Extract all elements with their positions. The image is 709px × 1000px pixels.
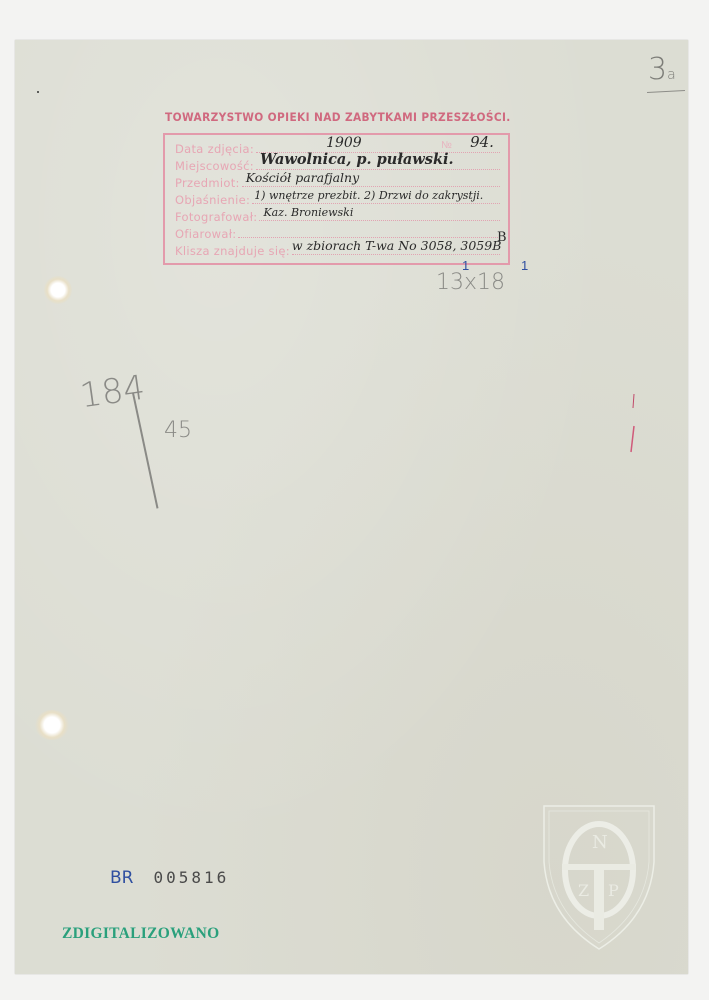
field-description: Objaśnienie: 1) wnętrze prezbit. 2) Drzw… xyxy=(175,190,500,207)
blue-mark-2: 1 xyxy=(521,258,528,273)
digitized-stamp: ZDIGITALIZOWANO xyxy=(62,925,220,943)
punch-hole-bottom xyxy=(35,710,69,740)
field-photographer: Fotografował: Kaz. Broniewski xyxy=(175,207,500,224)
field-negative-location: Klisza znajduje się: w zbiorach T-wa No … xyxy=(175,241,500,258)
punch-hole-top xyxy=(44,276,72,304)
field-value: Kościół parafjalny xyxy=(246,170,359,185)
inventory-prefix: BR xyxy=(110,868,133,888)
field-value: Kaz. Broniewski xyxy=(263,206,353,219)
field-label: Data zdjęcia: xyxy=(175,142,254,156)
field-subject: Przedmiot: Kościół parafjalny xyxy=(175,173,500,190)
field-label: Klisza znajduje się: xyxy=(175,244,290,258)
ntzp-watermark-icon: N Z P xyxy=(540,802,658,952)
field-value: 1) wnętrze prezbit. 2) Drzwi do zakrystj… xyxy=(254,189,483,202)
red-ink-marks xyxy=(628,392,636,462)
field-value: Wawolnica, p. puławski. xyxy=(260,151,454,168)
field-label: Miejscowość: xyxy=(175,159,254,173)
svg-text:N: N xyxy=(592,832,608,853)
svg-text:P: P xyxy=(608,881,619,900)
number-label: № xyxy=(441,140,452,151)
field-label: Fotografował: xyxy=(175,210,257,224)
inventory-number: BR 005816 xyxy=(110,868,229,888)
superscript-b: B xyxy=(497,230,507,245)
speck xyxy=(37,91,39,93)
pencil-number-45: 45 xyxy=(164,418,192,443)
field-label: Objaśnienie: xyxy=(175,193,250,207)
field-value: 1909 xyxy=(326,135,362,151)
field-value: w zbiorach T-wa No 3058, 3059B xyxy=(292,238,502,253)
field-label: Przedmiot: xyxy=(175,176,240,190)
number-value: 94. xyxy=(470,133,494,151)
stamp-box: Data zdjęcia: 1909 № 94. Miejscowość: Wa… xyxy=(163,133,510,265)
svg-text:Z: Z xyxy=(578,881,589,900)
corner-note: 3a xyxy=(648,52,676,87)
stamp-heading: TOWARZYSTWO OPIEKI NAD ZABYTKAMI PRZESZŁ… xyxy=(165,110,487,124)
inventory-digits: 005816 xyxy=(153,868,229,887)
field-label: Ofiarował: xyxy=(175,227,236,241)
plate-format: 13x18 xyxy=(436,270,505,295)
